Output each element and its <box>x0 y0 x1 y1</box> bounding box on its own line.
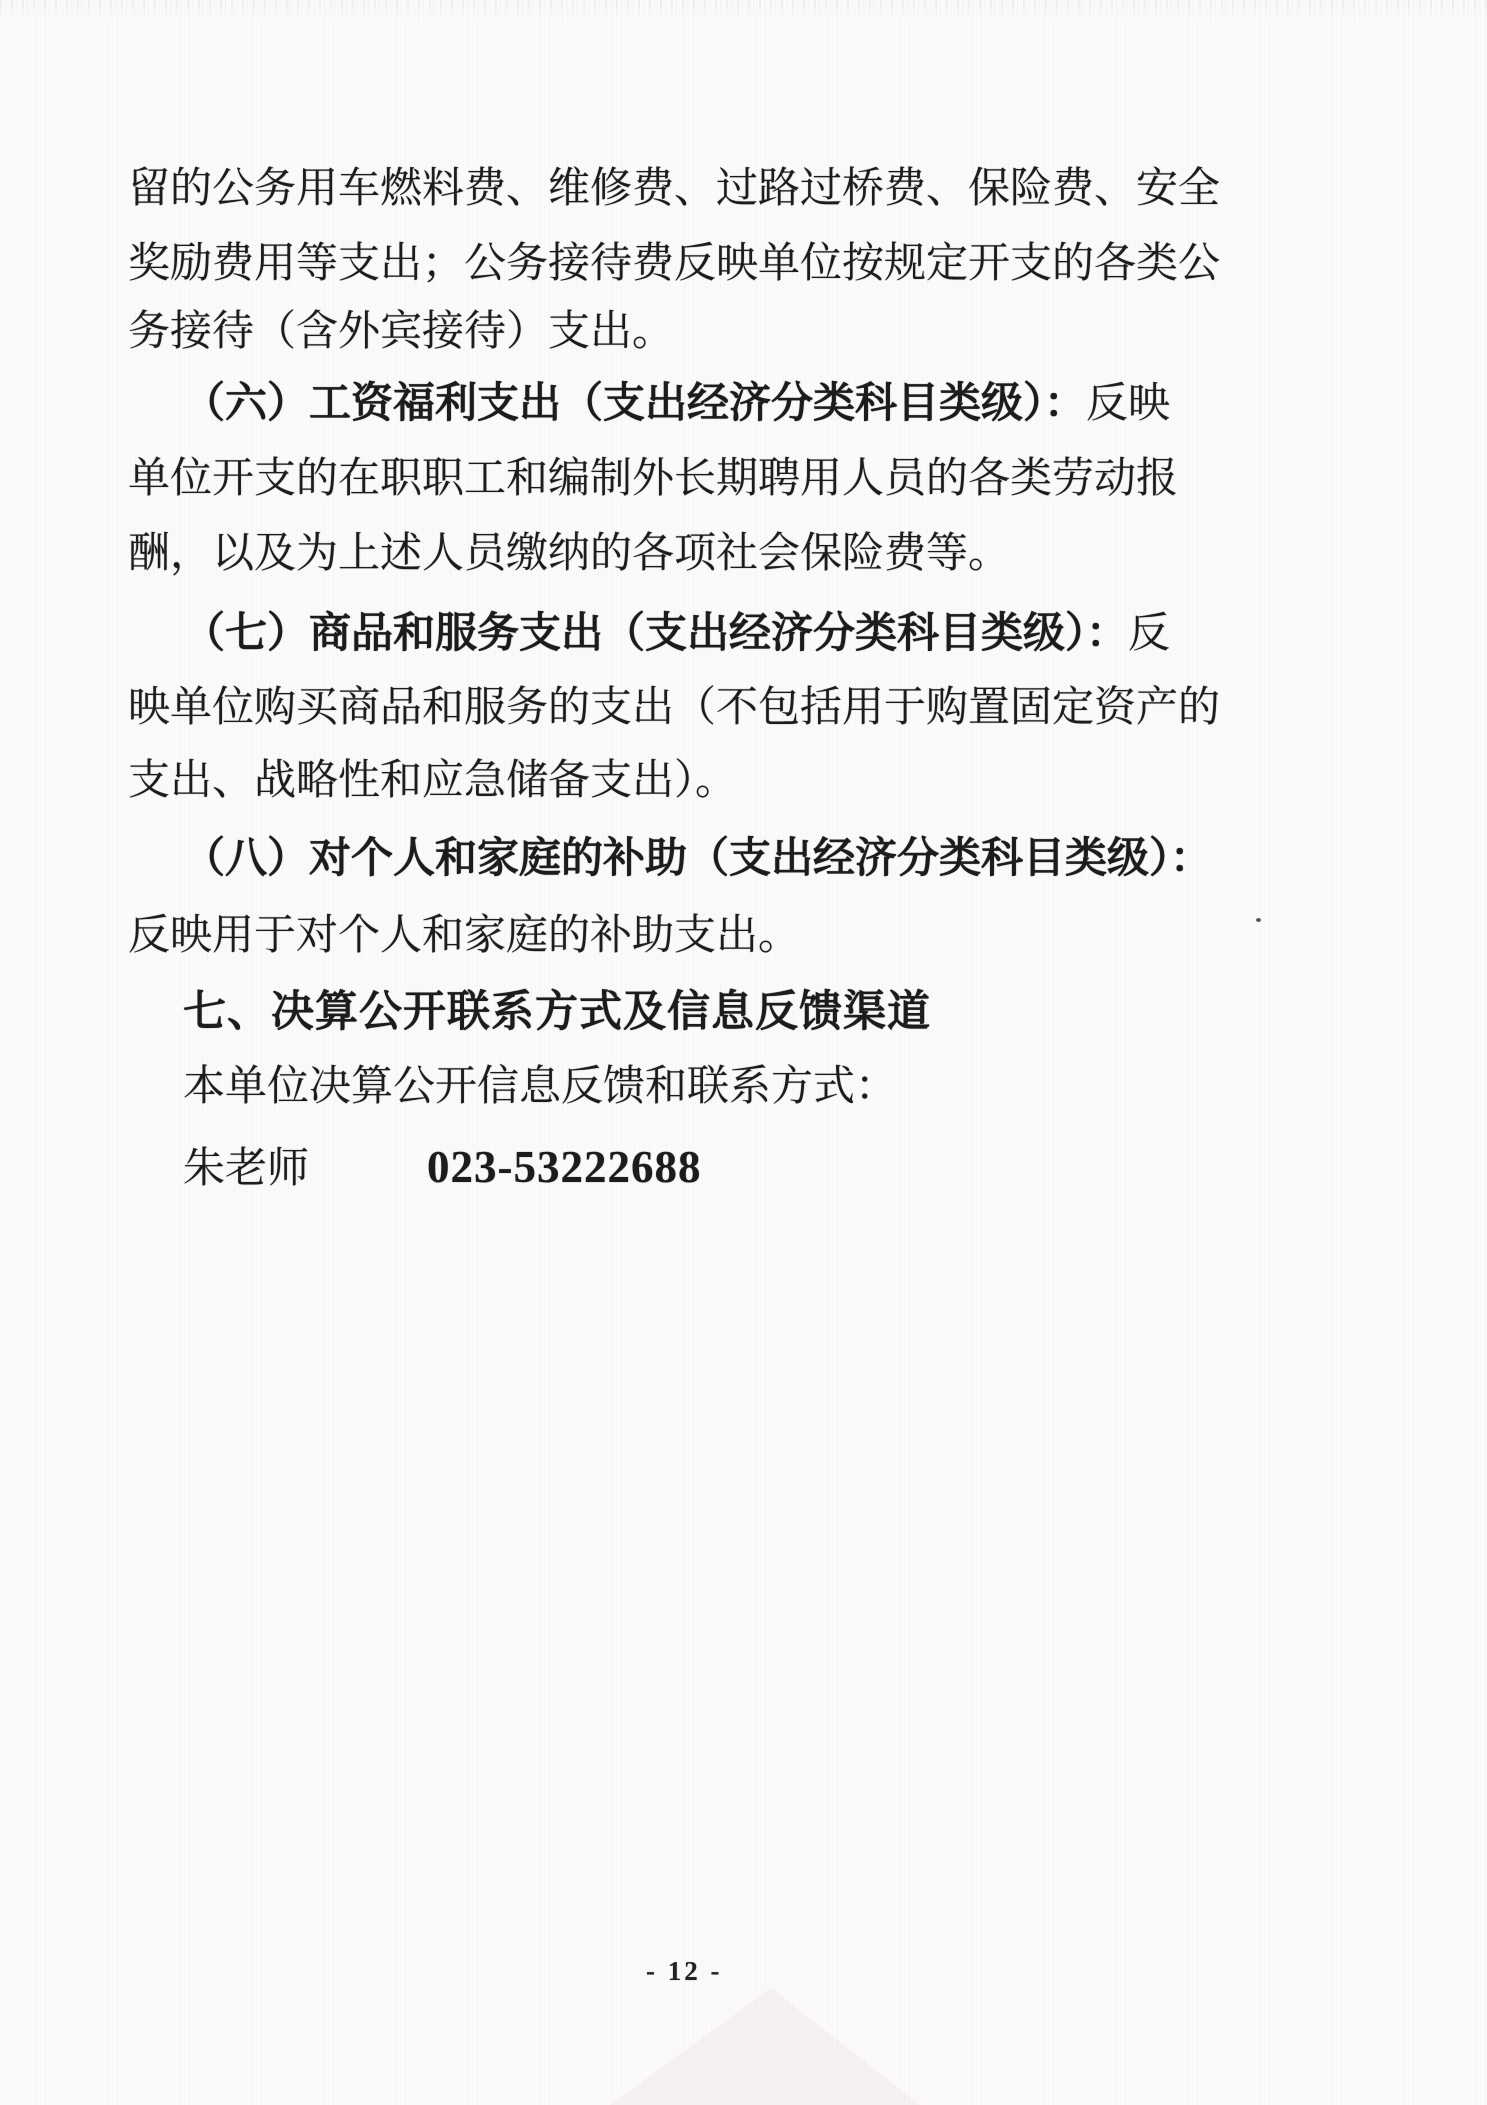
section-heading-6: （六）工资福利支出（支出经济分类科目类级）：反映 <box>128 380 1303 428</box>
doc-line: 映单位购买商品和服务的支出（不包括用于购置固定资产的 <box>128 684 1248 732</box>
contact-person-name: 朱老师 <box>183 1146 309 1192</box>
line-regular-text: 本单位决算公开信息反馈和联系方式： <box>183 1064 897 1110</box>
line-regular-text: 反映用于对个人和家庭的补助支出。 <box>128 913 800 959</box>
line-regular-text: 支出、战略性和应急储备支出）。 <box>128 758 737 804</box>
scan-speckle <box>1256 918 1261 922</box>
scan-noise-band <box>0 0 1487 18</box>
page-number: - 12 - <box>646 1956 722 1987</box>
doc-line: 支出、战略性和应急储备支出）。 <box>128 757 1248 805</box>
doc-line: 留的公务用车燃料费、维修费、过路过桥费、保险费、安全 <box>128 165 1248 213</box>
contact-phone-number: 023-53222688 <box>427 1142 702 1192</box>
line-bold-text: （六）工资福利支出（支出经济分类科目类级）： <box>183 381 1086 427</box>
doc-line: 反映用于对个人和家庭的补助支出。 <box>128 912 1248 960</box>
contact-line: 朱老师023-53222688 <box>128 1142 1303 1194</box>
line-regular-text: 酬，以及为上述人员缴纳的各项社会保险费等。 <box>128 531 1010 577</box>
line-regular-text: 反 <box>1128 611 1170 657</box>
line-regular-text: 奖励费用等支出；公务接待费反映单位按规定开支的各类公 <box>128 241 1220 287</box>
scanned-document-page: 留的公务用车燃料费、维修费、过路过桥费、保险费、安全 奖励费用等支出；公务接待费… <box>0 0 1487 2105</box>
scan-shade-artifact <box>610 1988 920 2105</box>
line-bold-text: （七）商品和服务支出（支出经济分类科目类级）： <box>183 611 1128 657</box>
line-regular-text: 反映 <box>1086 381 1170 427</box>
doc-line: 奖励费用等支出；公务接待费反映单位按规定开支的各类公 <box>128 240 1248 288</box>
section-heading-7: （七）商品和服务支出（支出经济分类科目类级）：反 <box>128 610 1303 658</box>
section-heading-8: （八）对个人和家庭的补助（支出经济分类科目类级）： <box>128 835 1303 883</box>
line-regular-text: 单位开支的在职职工和编制外长期聘用人员的各类劳动报 <box>128 456 1178 502</box>
line-regular-text: 留的公务用车燃料费、维修费、过路过桥费、保险费、安全 <box>128 166 1220 212</box>
doc-line: 务接待（含外宾接待）支出。 <box>128 308 1248 356</box>
line-bold-text: 七、决算公开联系方式及信息反馈渠道 <box>183 987 931 1037</box>
line-regular-text: 映单位购买商品和服务的支出（不包括用于购置固定资产的 <box>128 685 1220 731</box>
chapter-heading-7: 七、决算公开联系方式及信息反馈渠道 <box>128 988 1303 1037</box>
line-regular-text: 务接待（含外宾接待）支出。 <box>128 309 674 355</box>
contact-intro-line: 本单位决算公开信息反馈和联系方式： <box>128 1063 1303 1111</box>
doc-line: 单位开支的在职职工和编制外长期聘用人员的各类劳动报 <box>128 455 1248 503</box>
doc-line: 酬，以及为上述人员缴纳的各项社会保险费等。 <box>128 530 1248 578</box>
line-bold-text: （八）对个人和家庭的补助（支出经济分类科目类级）： <box>183 836 1212 882</box>
